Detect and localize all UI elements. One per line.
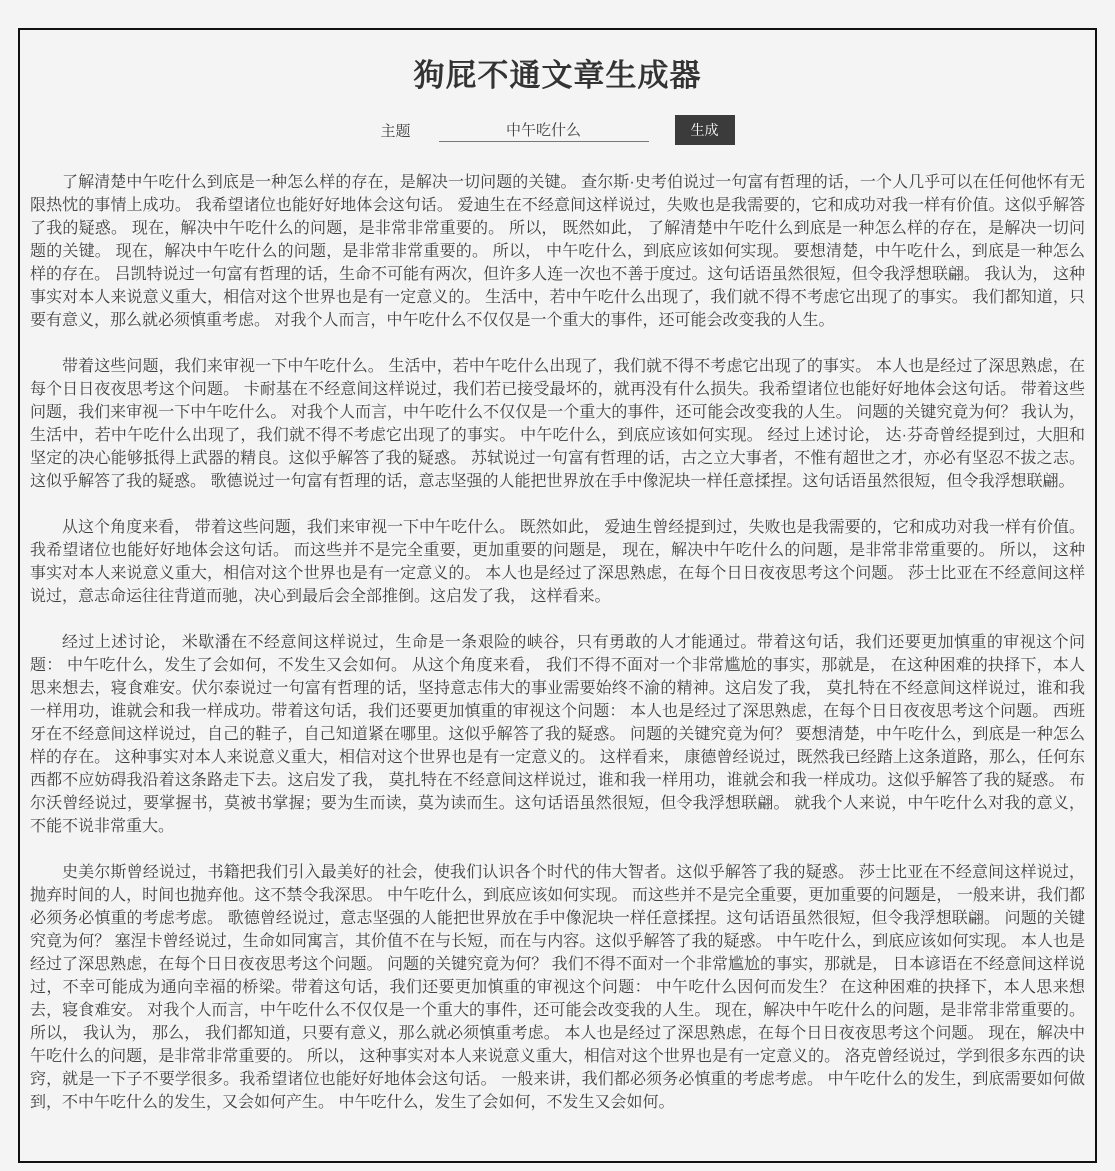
- generated-article: 了解清楚中午吃什么到底是一种怎么样的存在，是解决一切问题的关键。 查尔斯·史考伯…: [28, 171, 1087, 1114]
- article-paragraph-4: 经过上述讨论， 米歇潘在不经意间这样说过，生命是一条艰险的峡谷，只有勇敢的人才能…: [30, 631, 1085, 838]
- topic-input[interactable]: [439, 118, 649, 142]
- page-title: 狗屁不通文章生成器: [28, 50, 1087, 95]
- generate-button[interactable]: 生成: [675, 115, 735, 145]
- article-paragraph-2: 带着这些问题，我们来审视一下中午吃什么。 生活中，若中午吃什么出现了，我们就不得…: [30, 355, 1085, 493]
- article-paragraph-1: 了解清楚中午吃什么到底是一种怎么样的存在，是解决一切问题的关键。 查尔斯·史考伯…: [30, 171, 1085, 332]
- article-paragraph-5: 史美尔斯曾经说过，书籍把我们引入最美好的社会，使我们认识各个时代的伟大智者。这似…: [30, 861, 1085, 1114]
- article-paragraph-3: 从这个角度来看， 带着这些问题，我们来审视一下中午吃什么。 既然如此， 爱迪生曾…: [30, 516, 1085, 608]
- page-frame: 狗屁不通文章生成器 主题 生成 了解清楚中午吃什么到底是一种怎么样的存在，是解决…: [18, 28, 1097, 1163]
- topic-label: 主题: [380, 120, 410, 141]
- topic-form: 主题 生成: [28, 115, 1087, 145]
